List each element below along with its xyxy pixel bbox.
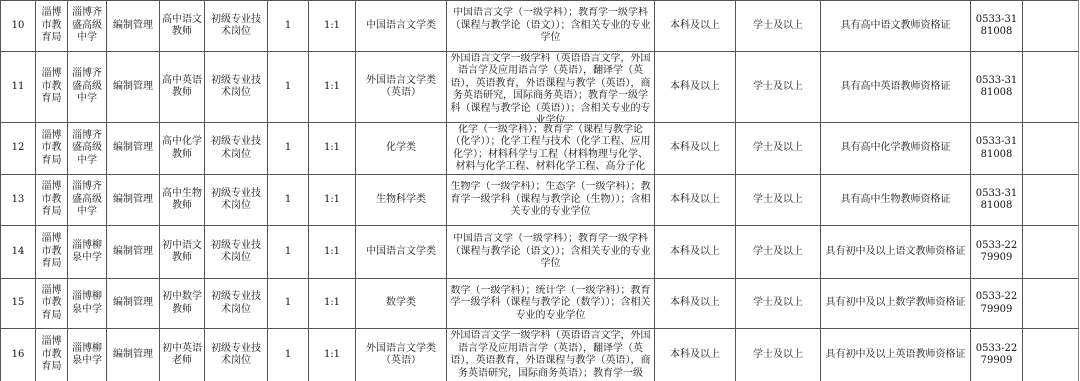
cell-staffing-type: 编制管理 <box>107 279 160 329</box>
cell-hire-count: 1 <box>268 279 309 329</box>
cell-education: 本科及以上 <box>655 123 736 175</box>
cell-remarks <box>1023 52 1079 123</box>
table-row: 16 淄博市教育局 淄博柳泉中学 编制管理 初中英语老师 初级专业技术岗位 1 … <box>1 329 1079 381</box>
cell-major-category: 外国语言文学类（英语） <box>356 329 447 381</box>
cell-post-level: 初级专业技术岗位 <box>205 279 268 329</box>
cell-serial-number: 13 <box>1 175 36 226</box>
cell-degree: 学士及以上 <box>736 52 821 123</box>
cell-serial-number: 14 <box>1 226 36 279</box>
cell-serial-number: 11 <box>1 52 36 123</box>
cell-remarks <box>1023 175 1079 226</box>
cell-hire-count: 1 <box>268 175 309 226</box>
table-row: 11 淄博市教育局 淄博齐盛高级中学 编制管理 高中英语教师 初级专业技术岗位 … <box>1 52 1079 123</box>
cell-major-requirements: 中国语言文学（一级学科）；教育学一级学科（课程与教学论（语文））；含相关专业的专… <box>447 1 655 52</box>
cell-other-requirements: 具有高中语文教师资格证 <box>821 1 971 52</box>
cell-department: 淄博市教育局 <box>36 329 68 381</box>
table-row: 10 淄博市教育局 淄博齐盛高级中学 编制管理 高中语文教师 初级专业技术岗位 … <box>1 1 1079 52</box>
cell-hire-count: 1 <box>268 1 309 52</box>
cell-major-requirements: 生物学（一级学科）；生态学（一级学科）；教育学一级学科（课程与教学论（生物））；… <box>447 175 655 226</box>
cell-contact-phone: 0533-3181008 <box>971 175 1023 226</box>
cell-major-requirements: 化学（一级学科）；教育学（课程与教学论（化学））；化学工程与技术（化学工程、应用… <box>447 123 655 175</box>
cell-degree: 学士及以上 <box>736 175 821 226</box>
cell-degree: 学士及以上 <box>736 226 821 279</box>
cell-major-requirements: 数学（一级学科）；统计学（一级学科）；教育学一级学科（课程与教学论（数学））；含… <box>447 279 655 329</box>
cell-department: 淄博市教育局 <box>36 123 68 175</box>
cell-contact-phone: 0533-2279909 <box>971 226 1023 279</box>
cell-post-level: 初级专业技术岗位 <box>205 52 268 123</box>
cell-contact-phone: 0533-2279909 <box>971 279 1023 329</box>
cell-exam-ratio: 1:1 <box>309 329 356 381</box>
cell-exam-ratio: 1:1 <box>309 52 356 123</box>
cell-employer-unit: 淄博柳泉中学 <box>68 279 107 329</box>
cell-post-level: 初级专业技术岗位 <box>205 175 268 226</box>
cell-other-requirements: 具有初中及以上数学教师资格证 <box>821 279 971 329</box>
cell-employer-unit: 淄博齐盛高级中学 <box>68 123 107 175</box>
cell-department: 淄博市教育局 <box>36 1 68 52</box>
cell-other-requirements: 具有初中及以上语文教师资格证 <box>821 226 971 279</box>
cell-exam-ratio: 1:1 <box>309 123 356 175</box>
cell-remarks <box>1023 226 1079 279</box>
cell-other-requirements: 具有高中生物教师资格证 <box>821 175 971 226</box>
cell-major-requirements: 外国语言文学一级学科（英语语言文学，外国语言学及应用语言学（英语），翻译学（英语… <box>447 52 655 123</box>
cell-post-level: 初级专业技术岗位 <box>205 329 268 381</box>
cell-major-category: 中国语言文学类 <box>356 1 447 52</box>
table-row: 13 淄博市教育局 淄博齐盛高级中学 编制管理 高中生物教师 初级专业技术岗位 … <box>1 175 1079 226</box>
cell-employer-unit: 淄博齐盛高级中学 <box>68 52 107 123</box>
cell-staffing-type: 编制管理 <box>107 226 160 279</box>
cell-employer-unit: 淄博柳泉中学 <box>68 226 107 279</box>
cell-hire-count: 1 <box>268 329 309 381</box>
cell-major-category: 中国语言文学类 <box>356 226 447 279</box>
cell-exam-ratio: 1:1 <box>309 175 356 226</box>
cell-staffing-type: 编制管理 <box>107 52 160 123</box>
cell-major-category: 数学类 <box>356 279 447 329</box>
cell-education: 本科及以上 <box>655 52 736 123</box>
cell-education: 本科及以上 <box>655 175 736 226</box>
cell-major-requirements: 外国语言文学一级学科（英语语言文学，外国语言学及应用语言学（英语），翻译学（英语… <box>447 329 655 381</box>
cell-department: 淄博市教育局 <box>36 226 68 279</box>
cell-major-category: 外国语言文学类（英语） <box>356 52 447 123</box>
cell-hire-count: 1 <box>268 52 309 123</box>
cell-serial-number: 15 <box>1 279 36 329</box>
cell-post-name: 初中数学教师 <box>160 279 205 329</box>
cell-contact-phone: 0533-3181008 <box>971 123 1023 175</box>
cell-post-name: 高中语文教师 <box>160 1 205 52</box>
cell-major-category: 生物科学类 <box>356 175 447 226</box>
cell-post-name: 高中英语教师 <box>160 52 205 123</box>
cell-serial-number: 10 <box>1 1 36 52</box>
cell-other-requirements: 具有高中英语教师资格证 <box>821 52 971 123</box>
cell-employer-unit: 淄博齐盛高级中学 <box>68 1 107 52</box>
cell-hire-count: 1 <box>268 226 309 279</box>
cell-staffing-type: 编制管理 <box>107 329 160 381</box>
cell-degree: 学士及以上 <box>736 123 821 175</box>
cell-degree: 学士及以上 <box>736 1 821 52</box>
cell-department: 淄博市教育局 <box>36 175 68 226</box>
cell-staffing-type: 编制管理 <box>107 1 160 52</box>
cell-remarks <box>1023 329 1079 381</box>
cell-degree: 学士及以上 <box>736 329 821 381</box>
cell-post-level: 初级专业技术岗位 <box>205 123 268 175</box>
cell-remarks <box>1023 279 1079 329</box>
cell-exam-ratio: 1:1 <box>309 279 356 329</box>
cell-education: 本科及以上 <box>655 279 736 329</box>
cell-remarks <box>1023 1 1079 52</box>
cell-employer-unit: 淄博齐盛高级中学 <box>68 175 107 226</box>
cell-contact-phone: 0533-3181008 <box>971 1 1023 52</box>
cell-contact-phone: 0533-3181008 <box>971 52 1023 123</box>
cell-education: 本科及以上 <box>655 329 736 381</box>
cell-contact-phone: 0533-2279909 <box>971 329 1023 381</box>
job-positions-table: 10 淄博市教育局 淄博齐盛高级中学 编制管理 高中语文教师 初级专业技术岗位 … <box>0 0 1079 381</box>
cell-staffing-type: 编制管理 <box>107 123 160 175</box>
cell-other-requirements: 具有初中及以上英语教师资格证 <box>821 329 971 381</box>
cell-post-name: 初中英语老师 <box>160 329 205 381</box>
cell-serial-number: 16 <box>1 329 36 381</box>
cell-staffing-type: 编制管理 <box>107 175 160 226</box>
cell-post-name: 初中语文教师 <box>160 226 205 279</box>
cell-post-level: 初级专业技术岗位 <box>205 1 268 52</box>
cell-other-requirements: 具有高中化学教师资格证 <box>821 123 971 175</box>
cell-education: 本科及以上 <box>655 1 736 52</box>
cell-exam-ratio: 1:1 <box>309 226 356 279</box>
cell-hire-count: 1 <box>268 123 309 175</box>
cell-department: 淄博市教育局 <box>36 52 68 123</box>
cell-post-name: 高中化学教师 <box>160 123 205 175</box>
cell-department: 淄博市教育局 <box>36 279 68 329</box>
cell-employer-unit: 淄博柳泉中学 <box>68 329 107 381</box>
cell-exam-ratio: 1:1 <box>309 1 356 52</box>
cell-major-requirements: 中国语言文学（一级学科）；教育学一级学科（课程与教学论（语文））；含相关专业的专… <box>447 226 655 279</box>
cell-post-name: 高中生物教师 <box>160 175 205 226</box>
cell-post-level: 初级专业技术岗位 <box>205 226 268 279</box>
cell-education: 本科及以上 <box>655 226 736 279</box>
table-row: 12 淄博市教育局 淄博齐盛高级中学 编制管理 高中化学教师 初级专业技术岗位 … <box>1 123 1079 175</box>
table-row: 14 淄博市教育局 淄博柳泉中学 编制管理 初中语文教师 初级专业技术岗位 1 … <box>1 226 1079 279</box>
cell-serial-number: 12 <box>1 123 36 175</box>
cell-degree: 学士及以上 <box>736 279 821 329</box>
table-body: 10 淄博市教育局 淄博齐盛高级中学 编制管理 高中语文教师 初级专业技术岗位 … <box>1 1 1079 381</box>
cell-remarks <box>1023 123 1079 175</box>
table-row: 15 淄博市教育局 淄博柳泉中学 编制管理 初中数学教师 初级专业技术岗位 1 … <box>1 279 1079 329</box>
cell-major-category: 化学类 <box>356 123 447 175</box>
